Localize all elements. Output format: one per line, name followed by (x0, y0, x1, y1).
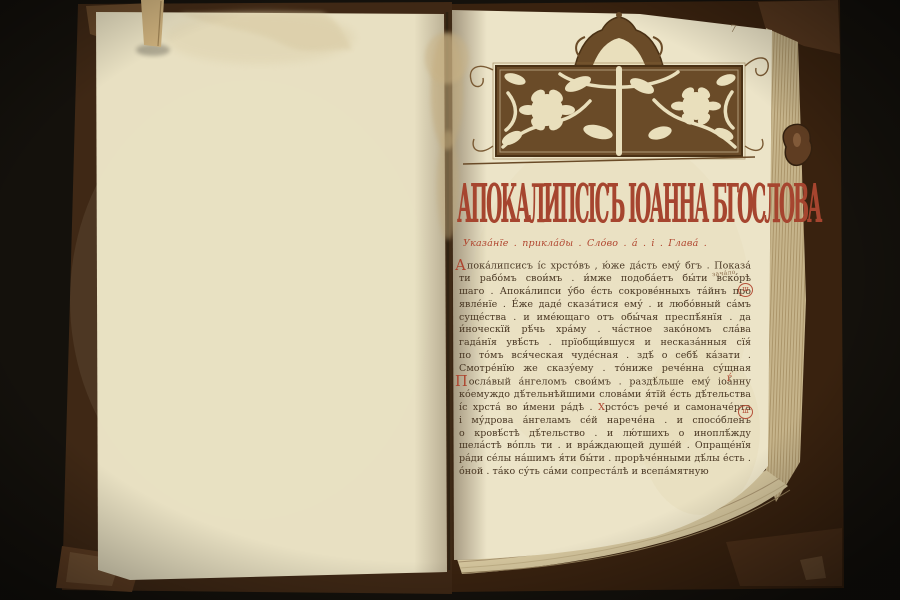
text-line: шаго . Апока́липси у́бо е́сть сокрове́нн… (459, 286, 751, 299)
title-vyaz-band: АПОКАЛИПСІСЪ ІОАННА БГОСЛОВА (457, 171, 749, 233)
text-line: по то́мъ вся́ческая чуде́сная . здѣ́ о с… (459, 350, 751, 363)
text-line: ра́ди се́лы на́шимъ я́ти бы́ти . прорѣче… (459, 453, 751, 466)
margin-section-mark: ш (738, 283, 753, 297)
line-text: осла́вый а́нгеломъ свои́мъ . раздѣ́льше … (469, 377, 751, 388)
rubric-initial: П (455, 374, 468, 390)
text-line: Смотре́нїю же сказу́ему . то́ниже рече́н… (459, 363, 751, 376)
folio-number: 7 (729, 24, 736, 36)
text-line: о кровѣ́стѣ дѣ́тельство . и лю́тшихъ о и… (459, 428, 751, 441)
margin-section-mark: ш (738, 405, 753, 419)
rubric-inline-letter: Х (598, 402, 605, 413)
text-line: шела́стѣ во́пль ти . и вра́ждающей душе́… (459, 440, 751, 453)
manuscript-photograph: 7 АПОКАЛИПСІСЪ ІОАННА БГОСЛОВА Указа́нїе… (0, 0, 900, 600)
text-line: суще́ства . и име́ющаго отъ обы́чая прес… (459, 312, 751, 325)
rubric-initial: А (455, 258, 466, 274)
text-line: Апока́липсисъ і́с хрсто́въ , ю́же да́сть… (459, 260, 751, 273)
text-line: явле́нїе . Е́же даде́ сказа́тися ему́ . … (459, 299, 751, 312)
text-line: и́ноческїй рѣ́чь хра́му . ча́стное зако́… (459, 324, 751, 337)
line-text: і́с хрста́ во и́мени ра́дѣ . (459, 402, 598, 413)
text-line: гада́нїя увѣ́сть . прїобщи́вшуся и неска… (459, 337, 751, 350)
line-text: рсто́съ рече́ и самоначе́рта (605, 402, 751, 413)
title-text: АПОКАЛИПСІСЪ ІОАННА БГОСЛОВА (457, 171, 820, 235)
text-line: ти рабо́мъ свои́мъ . и́мже подоба́етъ бы… (459, 273, 751, 286)
text-line: і́с хрста́ во и́мени ра́дѣ . Хрсто́съ ре… (459, 402, 751, 415)
text-line: Посла́вый а́нгеломъ свои́мъ . раздѣ́льше… (459, 376, 751, 389)
open-book-illustration (0, 0, 900, 600)
text-line: і му́дрова а́нгеламъ се́й нарече́на . и … (459, 415, 751, 428)
margin-gloss-mark: ѓ (727, 373, 732, 384)
text-line: ко́емуждо дѣ́тельнѣйшими слова́ми я́тїй … (459, 389, 751, 402)
body-text: Апока́липсисъ і́с хрсто́въ , ю́же да́сть… (459, 260, 751, 479)
subtitle-rubric: Указа́нїе . прикла́ды . Сло́во . а́ . і … (463, 238, 743, 249)
vignette (0, 0, 900, 600)
line-text: пока́липсисъ і́с хрсто́въ , ю́же да́сть … (467, 261, 751, 272)
text-line: о́ной . та́ко су́ть са́ми сопреста́лѣ и … (459, 466, 751, 479)
